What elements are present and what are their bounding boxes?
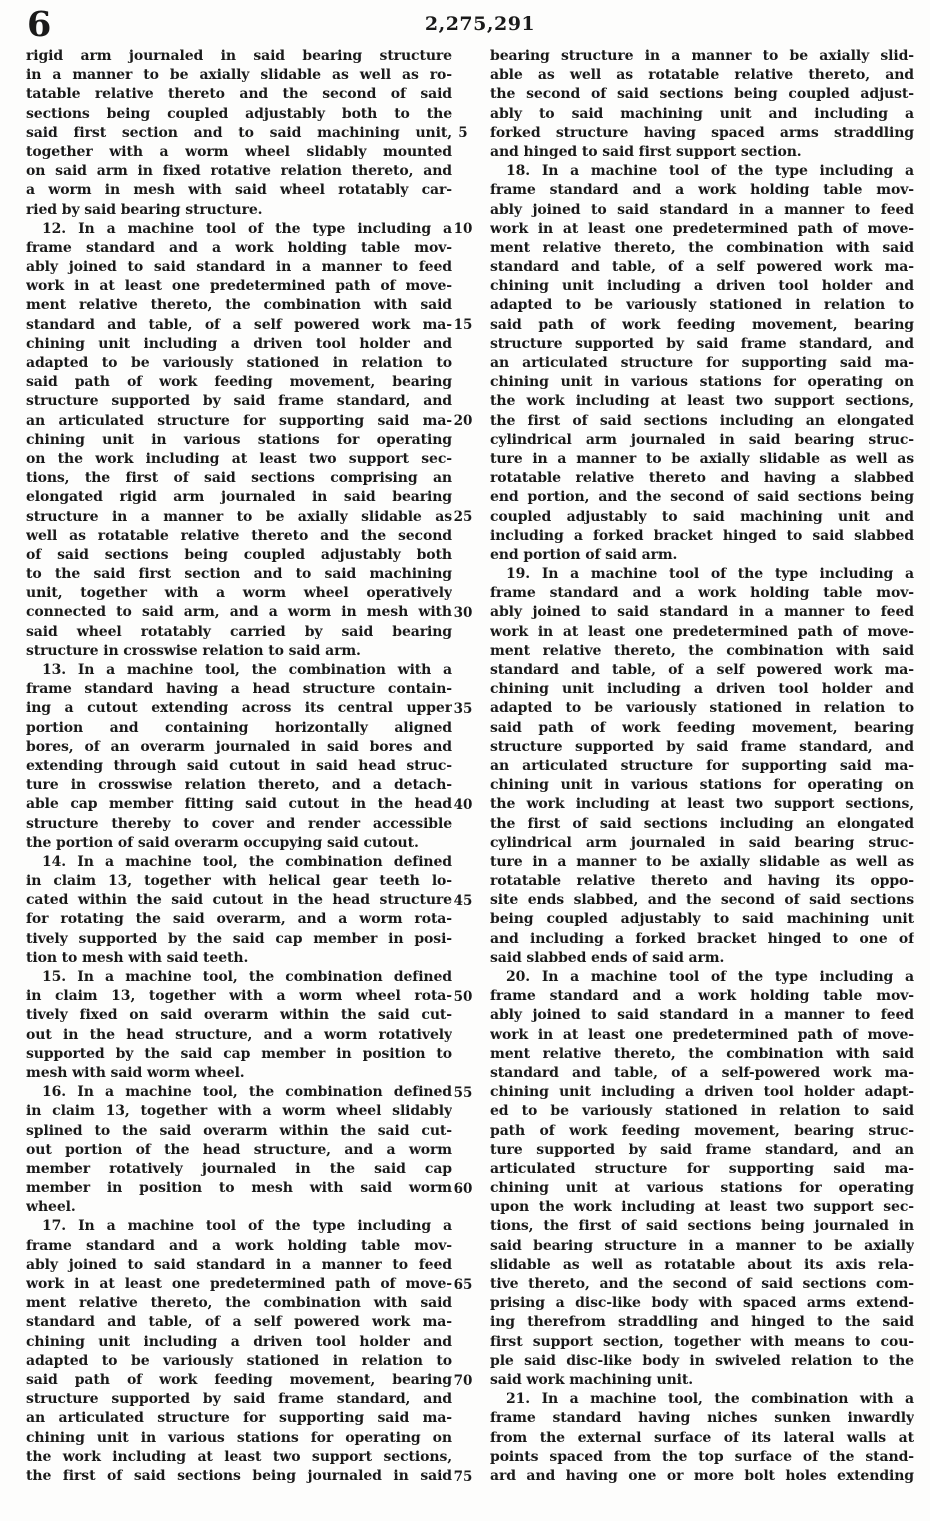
line-number: 65 <box>441 1276 485 1295</box>
text-line: forked structure having spaced arms stra… <box>490 124 914 143</box>
text-line: chining unit in various stations for ope… <box>26 431 452 450</box>
text-line: chining unit including a driven tool hol… <box>490 1083 914 1102</box>
line-number: 10 <box>441 220 485 239</box>
text-line: said first section and to said machining… <box>26 124 452 143</box>
text-line: ably joined to said standard in a manner… <box>490 1006 914 1025</box>
line-number: 25 <box>441 508 485 527</box>
text-line: adapted to be variously stationed in rel… <box>490 296 914 315</box>
text-line: said work machining unit. <box>490 1371 914 1390</box>
text-line: said path of work feeding movement, bear… <box>26 1371 452 1390</box>
text-line: able as well as rotatable relative there… <box>490 66 914 85</box>
text-line: structure thereby to cover and render ac… <box>26 815 452 834</box>
text-line: rotatable relative thereto and having a … <box>490 469 914 488</box>
text-line: prising a disc-like body with spaced arm… <box>490 1294 914 1313</box>
text-line: rotatable relative thereto and having it… <box>490 872 914 891</box>
text-line: path of work feeding movement, bearing s… <box>490 1122 914 1141</box>
text-line: work in at least one predetermined path … <box>26 1275 452 1294</box>
text-line: articulated structure for supporting sai… <box>490 1160 914 1179</box>
text-line: ple said disc-like body in swiveled rela… <box>490 1352 914 1371</box>
line-number: 20 <box>441 412 485 431</box>
text-line: adapted to be variously stationed in rel… <box>490 699 914 718</box>
text-line: wheel. <box>26 1198 452 1217</box>
text-line: a worm in mesh with said wheel rotatably… <box>26 181 452 200</box>
text-line: out in the head structure, and a worm ro… <box>26 1026 452 1045</box>
text-line: standard and table, of a self powered wo… <box>490 258 914 277</box>
text-line: structure in crosswise relation to said … <box>26 642 452 661</box>
text-line: cated within the said cutout in the head… <box>26 891 452 910</box>
text-line: end portion, and the second of said sect… <box>490 488 914 507</box>
text-line: bores, of an overarm journaled in said b… <box>26 738 452 757</box>
text-line: the work including at least two support … <box>490 392 914 411</box>
line-number: 60 <box>441 1180 485 1199</box>
text-line: chining unit including a driven tool hol… <box>490 277 914 296</box>
text-line: the portion of said overarm occupying sa… <box>26 834 452 853</box>
text-line: from the external surface of its lateral… <box>490 1429 914 1448</box>
text-line: mesh with said worm wheel. <box>26 1064 452 1083</box>
text-line: site ends slabbed, and the second of sai… <box>490 891 914 910</box>
text-line: portion and containing horizontally alig… <box>26 719 452 738</box>
text-line: chining unit including a driven tool hol… <box>490 680 914 699</box>
text-line: tive thereto, and the second of said sec… <box>490 1275 914 1294</box>
text-line: member rotatively journaled in the said … <box>26 1160 452 1179</box>
text-line: frame standard and a work holding table … <box>490 584 914 603</box>
text-line: ture in a manner to be axially slidable … <box>490 450 914 469</box>
text-line: tion to mesh with said teeth. <box>26 949 452 968</box>
text-line: standard and table, of a self-powered wo… <box>490 1064 914 1083</box>
text-line: 18. In a machine tool of the type includ… <box>490 162 914 181</box>
text-line: cylindrical arm journaled in said bearin… <box>490 431 914 450</box>
line-number: 55 <box>441 1084 485 1103</box>
text-line: ment relative thereto, the combination w… <box>490 239 914 258</box>
right-column: bearing structure in a manner to be axia… <box>490 47 914 1486</box>
text-line: an articulated structure for supporting … <box>490 354 914 373</box>
text-line: said slabbed ends of said arm. <box>490 949 914 968</box>
text-line: frame standard and a work holding table … <box>26 1237 452 1256</box>
text-line: splined to the said overarm within the s… <box>26 1122 452 1141</box>
text-line: standard and table, of a self powered wo… <box>26 1313 452 1332</box>
text-line: and including a forked bracket hinged to… <box>490 930 914 949</box>
text-line: adapted to be variously stationed in rel… <box>26 354 452 373</box>
line-number: 70 <box>441 1372 485 1391</box>
text-line: 15. In a machine tool, the combination d… <box>26 968 452 987</box>
line-number: 50 <box>441 988 485 1007</box>
text-line: 19. In a machine tool of the type includ… <box>490 565 914 584</box>
text-line: chining unit in various stations for ope… <box>490 776 914 795</box>
text-line: work in at least one predetermined path … <box>490 220 914 239</box>
line-number: 40 <box>441 796 485 815</box>
text-line: on the work including at least two suppo… <box>26 450 452 469</box>
text-line: the first of said sections being journal… <box>26 1467 452 1486</box>
text-line: ing a cutout extending across its centra… <box>26 699 452 718</box>
text-line: in claim 13, together with a worm wheel … <box>26 1102 452 1121</box>
text-line: ably joined to said standard in a manner… <box>26 258 452 277</box>
text-line: and hinged to said first support section… <box>490 143 914 162</box>
text-line: ard and having one or more bolt holes ex… <box>490 1467 914 1486</box>
text-line: chining unit at various stations for ope… <box>490 1179 914 1198</box>
text-line: sections being coupled adjustably both t… <box>26 105 452 124</box>
line-number: 5 <box>441 124 485 143</box>
text-line: said bearing structure in a manner to be… <box>490 1237 914 1256</box>
text-line: extending through said cutout in said he… <box>26 757 452 776</box>
patent-number: 2,275,291 <box>30 13 930 35</box>
text-line: 21. In a machine tool, the combination w… <box>490 1390 914 1409</box>
text-line: frame standard having niches sunken inwa… <box>490 1409 914 1428</box>
text-line: tions, the first of said sections compri… <box>26 469 452 488</box>
text-line: tatable relative thereto and the second … <box>26 85 452 104</box>
text-line: ed to be variously stationed in relation… <box>490 1102 914 1121</box>
text-line: on said arm in fixed rotative relation t… <box>26 162 452 181</box>
text-line: ture in a manner to be axially slidable … <box>490 853 914 872</box>
patent-page: 6 2,275,291 rigid arm journaled in said … <box>0 0 930 1521</box>
text-line: chining unit including a driven tool hol… <box>26 335 452 354</box>
text-line: rigid arm journaled in said bearing stru… <box>26 47 452 66</box>
text-line: out portion of the head structure, and a… <box>26 1141 452 1160</box>
text-line: tively fixed on said overarm within the … <box>26 1006 452 1025</box>
text-line: ment relative thereto, the combination w… <box>490 1045 914 1064</box>
text-line: in claim 13, together with helical gear … <box>26 872 452 891</box>
text-line: to the said first section and to said ma… <box>26 565 452 584</box>
text-line: tively supported by the said cap member … <box>26 930 452 949</box>
text-line: 17. In a machine tool of the type includ… <box>26 1217 452 1236</box>
text-line: ably to said machining unit and includin… <box>490 105 914 124</box>
text-line: first support section, together with mea… <box>490 1333 914 1352</box>
text-line: ment relative thereto, the combination w… <box>490 642 914 661</box>
line-number: 15 <box>441 316 485 335</box>
text-line: being coupled adjustably to said machini… <box>490 910 914 929</box>
text-line: chining unit including a driven tool hol… <box>26 1333 452 1352</box>
text-line: structure in a manner to be axially slid… <box>26 508 452 527</box>
text-line: the second of said sections being couple… <box>490 85 914 104</box>
text-line: connected to said arm, and a worm in mes… <box>26 603 452 622</box>
text-line: together with a worm wheel slidably moun… <box>26 143 452 162</box>
text-line: frame standard and a work holding table … <box>490 181 914 200</box>
text-line: the first of said sections including an … <box>490 412 914 431</box>
text-line: frame standard and a work holding table … <box>26 239 452 258</box>
text-line: an articulated structure for supporting … <box>26 412 452 431</box>
text-line: work in at least one predetermined path … <box>490 623 914 642</box>
text-line: adapted to be variously stationed in rel… <box>26 1352 452 1371</box>
line-number: 35 <box>441 700 485 719</box>
text-line: coupled adjustably to said machining uni… <box>490 508 914 527</box>
text-line: ture in crosswise relation thereto, and … <box>26 776 452 795</box>
text-line: including a forked bracket hinged to sai… <box>490 527 914 546</box>
text-line: an articulated structure for supporting … <box>490 757 914 776</box>
text-line: in claim 13, together with a worm wheel … <box>26 987 452 1006</box>
text-line: frame standard and a work holding table … <box>490 987 914 1006</box>
text-line: points spaced from the top surface of th… <box>490 1448 914 1467</box>
text-line: ment relative thereto, the combination w… <box>26 296 452 315</box>
text-line: ried by said bearing structure. <box>26 201 452 220</box>
text-line: upon the work including at least two sup… <box>490 1198 914 1217</box>
text-line: chining unit in various stations for ope… <box>490 373 914 392</box>
text-line: ment relative thereto, the combination w… <box>26 1294 452 1313</box>
line-number: 30 <box>441 604 485 623</box>
text-line: member in position to mesh with said wor… <box>26 1179 452 1198</box>
text-line: for rotating the said overarm, and a wor… <box>26 910 452 929</box>
text-line: said wheel rotatably carried by said bea… <box>26 623 452 642</box>
text-line: 20. In a machine tool of the type includ… <box>490 968 914 987</box>
text-line: the work including at least two support … <box>490 795 914 814</box>
text-line: work in at least one predetermined path … <box>490 1026 914 1045</box>
text-line: ing therefrom straddling and hinged to t… <box>490 1313 914 1332</box>
text-line: chining unit in various stations for ope… <box>26 1429 452 1448</box>
text-line: bearing structure in a manner to be axia… <box>490 47 914 66</box>
left-column: rigid arm journaled in said bearing stru… <box>26 47 452 1486</box>
text-line: well as rotatable relative thereto and t… <box>26 527 452 546</box>
text-line: ably joined to said standard in a manner… <box>490 201 914 220</box>
text-line: in a manner to be axially slidable as we… <box>26 66 452 85</box>
text-line: tions, the first of said sections being … <box>490 1217 914 1236</box>
text-line: frame standard having a head structure c… <box>26 680 452 699</box>
text-line: of said sections being coupled adjustabl… <box>26 546 452 565</box>
text-line: structure supported by said frame standa… <box>490 738 914 757</box>
text-line: 12. In a machine tool of the type includ… <box>26 220 452 239</box>
text-line: able cap member fitting said cutout in t… <box>26 795 452 814</box>
text-line: structure supported by said frame standa… <box>26 392 452 411</box>
text-line: ably joined to said standard in a manner… <box>490 603 914 622</box>
text-line: 14. In a machine tool, the combination d… <box>26 853 452 872</box>
text-line: said path of work feeding movement, bear… <box>26 373 452 392</box>
text-line: 13. In a machine tool, the combination w… <box>26 661 452 680</box>
text-line: an articulated structure for supporting … <box>26 1409 452 1428</box>
line-number: 75 <box>441 1468 485 1487</box>
text-line: standard and table, of a self powered wo… <box>26 316 452 335</box>
text-line: end portion of said arm. <box>490 546 914 565</box>
text-line: elongated rigid arm journaled in said be… <box>26 488 452 507</box>
text-line: standard and table, of a self powered wo… <box>490 661 914 680</box>
text-line: cylindrical arm journaled in said bearin… <box>490 834 914 853</box>
text-line: said path of work feeding movement, bear… <box>490 316 914 335</box>
text-line: slidable as well as rotatable about its … <box>490 1256 914 1275</box>
text-line: said path of work feeding movement, bear… <box>490 719 914 738</box>
text-line: structure supported by said frame standa… <box>26 1390 452 1409</box>
text-line: supported by the said cap member in posi… <box>26 1045 452 1064</box>
text-line: work in at least one predetermined path … <box>26 277 452 296</box>
text-line: unit, together with a worm wheel operati… <box>26 584 452 603</box>
text-line: the first of said sections including an … <box>490 815 914 834</box>
text-line: 16. In a machine tool, the combination d… <box>26 1083 452 1102</box>
text-line: ably joined to said standard in a manner… <box>26 1256 452 1275</box>
text-line: ture supported by said frame standard, a… <box>490 1141 914 1160</box>
line-number: 45 <box>441 892 485 911</box>
text-line: the work including at least two support … <box>26 1448 452 1467</box>
text-line: structure supported by said frame standa… <box>490 335 914 354</box>
line-number-gutter: 51015202530354045505560657075 <box>441 47 485 1492</box>
